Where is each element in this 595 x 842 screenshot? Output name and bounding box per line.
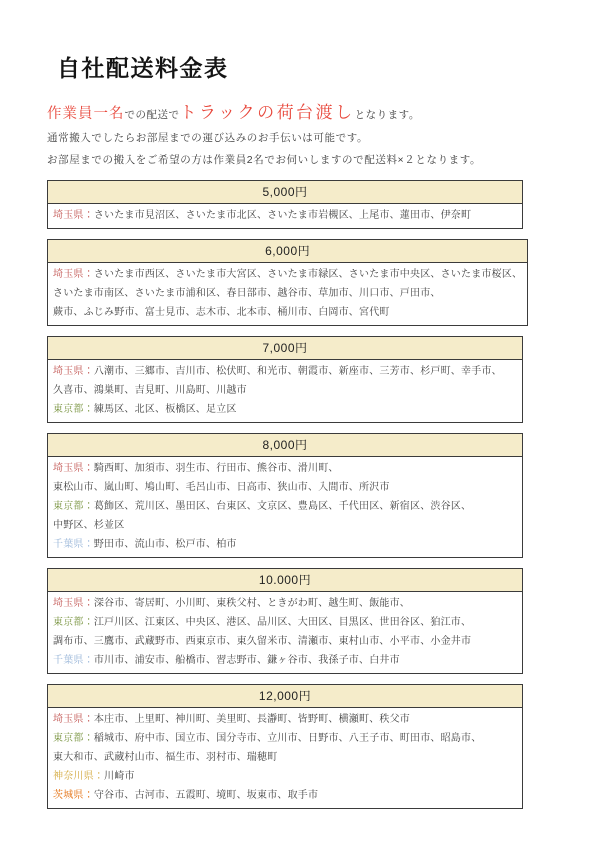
region-line: 埼玉県：本庄市、上里町、神川町、美里町、長瀞町、皆野町、横瀬町、秩父市	[53, 710, 517, 729]
price-header: 12,000円	[48, 685, 523, 708]
region-line: 千葉県：市川市、浦安市、船橋市、習志野市、鎌ヶ谷市、我孫子市、白井市	[53, 651, 517, 670]
region-line: 東京都：江戸川区、江東区、中央区、港区、品川区、大田区、目黒区、世田谷区、狛江市…	[53, 613, 517, 632]
price-table: 6,000円 埼玉県：さいたま市西区、さいたま市大宮区、さいたま市緑区、さいたま…	[47, 239, 528, 326]
prefecture-label: 埼玉県：	[53, 366, 94, 377]
region-line: 東大和市、武蔵村山市、福生市、羽村市、瑞穂町	[53, 748, 517, 767]
intro-line-3: お部屋までの搬入をご希望の方は作業員2名でお伺いしますので配送料×２となります。	[47, 152, 523, 167]
prefecture-label: 東京都：	[53, 404, 94, 415]
city-list-text: 深谷市、寄居町、小川町、東秩父村、ときがわ町、越生町、飯能市、	[94, 598, 410, 609]
intro-segment: となります。	[355, 109, 420, 121]
price-table: 5,000円 埼玉県：さいたま市見沼区、さいたま市北区、さいたま市岩槻区、上尾市…	[47, 180, 523, 229]
city-list-text: 野田市、流山市、松戸市、柏市	[94, 539, 237, 550]
page-title: 自社配送料金表	[57, 50, 523, 83]
prefecture-label: 神奈川県：	[53, 771, 104, 782]
city-list-text: 久喜市、鴻巣町、吉見町、川島町、川越市	[53, 385, 247, 396]
city-list-text: 本庄市、上里町、神川町、美里町、長瀞町、皆野町、横瀬町、秩父市	[94, 714, 410, 725]
prefecture-label: 千葉県：	[53, 655, 94, 666]
prefecture-label: 千葉県：	[53, 539, 94, 550]
intro-segment: トラックの荷台渡し	[180, 103, 355, 122]
intro-line-2: 通常搬入でしたらお部屋までの運び込みのお手伝いは可能です。	[47, 130, 523, 145]
city-list-text: 蕨市、ふじみ野市、富士見市、志木市、北本市、桶川市、白岡市、宮代町	[53, 307, 390, 318]
city-list-text: 練馬区、北区、板橋区、足立区	[94, 404, 237, 415]
document-page: 自社配送料金表 作業員一名での配送でトラックの荷台渡しとなります。 通常搬入でし…	[0, 0, 595, 842]
table-body: 埼玉県：深谷市、寄居町、小川町、東秩父村、ときがわ町、越生町、飯能市、東京都：江…	[48, 592, 523, 674]
intro-segment: 作業員一名	[47, 106, 125, 122]
city-list-text: 川崎市	[104, 771, 135, 782]
region-line: 埼玉県：八潮市、三郷市、吉川市、松伏町、和光市、朝霞市、新座市、三芳市、杉戸町、…	[53, 362, 517, 381]
prefecture-label: 東京都：	[53, 501, 94, 512]
region-line: 埼玉県：さいたま市見沼区、さいたま市北区、さいたま市岩槻区、上尾市、蓮田市、伊奈…	[53, 206, 517, 225]
region-line: さいたま市南区、さいたま市浦和区、春日部市、越谷市、草加市、川口市、戸田市、	[53, 284, 522, 303]
region-line: 埼玉県：深谷市、寄居町、小川町、東秩父村、ときがわ町、越生町、飯能市、	[53, 594, 517, 613]
city-list-text: 東大和市、武蔵村山市、福生市、羽村市、瑞穂町	[53, 752, 277, 763]
city-list-text: 市川市、浦安市、船橋市、習志野市、鎌ヶ谷市、我孫子市、白井市	[94, 655, 400, 666]
region-line: 中野区、杉並区	[53, 516, 517, 535]
region-line: 千葉県：野田市、流山市、松戸市、柏市	[53, 535, 517, 554]
prefecture-label: 東京都：	[53, 733, 94, 744]
region-line: 埼玉県：さいたま市西区、さいたま市大宮区、さいたま市緑区、さいたま市中央区、さい…	[53, 265, 522, 284]
region-line: 東京都：練馬区、北区、板橋区、足立区	[53, 400, 517, 419]
region-line: 調布市、三鷹市、武蔵野市、西東京市、東久留米市、清瀬市、東村山市、小平市、小金井…	[53, 632, 517, 651]
prefecture-label: 茨城県：	[53, 790, 94, 801]
price-header: 8,000円	[48, 434, 523, 457]
city-list-text: 騎西町、加須市、羽生市、行田市、熊谷市、滑川町、	[94, 463, 339, 474]
price-table: 10.000円 埼玉県：深谷市、寄居町、小川町、東秩父村、ときがわ町、越生町、飯…	[47, 568, 523, 674]
intro-line-1: 作業員一名での配送でトラックの荷台渡しとなります。	[47, 98, 523, 123]
city-list-text: さいたま市見沼区、さいたま市北区、さいたま市岩槻区、上尾市、蓮田市、伊奈町	[94, 210, 471, 221]
region-line: 埼玉県：騎西町、加須市、羽生市、行田市、熊谷市、滑川町、	[53, 459, 517, 478]
prefecture-label: 埼玉県：	[53, 269, 94, 280]
table-body: 埼玉県：八潮市、三郷市、吉川市、松伏町、和光市、朝霞市、新座市、三芳市、杉戸町、…	[48, 360, 523, 423]
prefecture-label: 東京都：	[53, 617, 94, 628]
table-body: 埼玉県：さいたま市見沼区、さいたま市北区、さいたま市岩槻区、上尾市、蓮田市、伊奈…	[48, 204, 523, 229]
region-line: 蕨市、ふじみ野市、富士見市、志木市、北本市、桶川市、白岡市、宮代町	[53, 303, 522, 322]
prefecture-label: 埼玉県：	[53, 463, 94, 474]
prefecture-label: 埼玉県：	[53, 714, 94, 725]
prefecture-label: 埼玉県：	[53, 210, 94, 221]
price-header: 7,000円	[48, 337, 523, 360]
price-header: 5,000円	[48, 181, 523, 204]
price-table: 7,000円 埼玉県：八潮市、三郷市、吉川市、松伏町、和光市、朝霞市、新座市、三…	[47, 336, 523, 423]
table-body: 埼玉県：本庄市、上里町、神川町、美里町、長瀞町、皆野町、横瀬町、秩父市東京都：稲…	[48, 708, 523, 809]
table-body: 埼玉県：さいたま市西区、さいたま市大宮区、さいたま市緑区、さいたま市中央区、さい…	[48, 263, 528, 326]
city-list-text: 中野区、杉並区	[53, 520, 124, 531]
intro-segment: での配送で	[125, 109, 180, 121]
intro-block: 作業員一名での配送でトラックの荷台渡しとなります。 通常搬入でしたらお部屋までの…	[47, 98, 523, 167]
price-table: 12,000円 埼玉県：本庄市、上里町、神川町、美里町、長瀞町、皆野町、横瀬町、…	[47, 684, 523, 809]
city-list-text: さいたま市南区、さいたま市浦和区、春日部市、越谷市、草加市、川口市、戸田市、	[53, 288, 441, 299]
city-list-text: 八潮市、三郷市、吉川市、松伏町、和光市、朝霞市、新座市、三芳市、杉戸町、幸手市、	[94, 366, 502, 377]
price-tables: 5,000円 埼玉県：さいたま市見沼区、さいたま市北区、さいたま市岩槻区、上尾市…	[47, 180, 523, 809]
table-body: 埼玉県：騎西町、加須市、羽生市、行田市、熊谷市、滑川町、東松山市、嵐山町、鳩山町…	[48, 457, 523, 558]
region-line: 神奈川県：川崎市	[53, 767, 517, 786]
region-line: 東京都：稲城市、府中市、国立市、国分寺市、立川市、日野市、八王子市、町田市、昭島…	[53, 729, 517, 748]
city-list-text: 江戸川区、江東区、中央区、港区、品川区、大田区、目黒区、世田谷区、狛江市、	[94, 617, 471, 628]
price-header: 10.000円	[48, 569, 523, 592]
region-line: 東松山市、嵐山町、鳩山町、毛呂山市、日高市、狭山市、入間市、所沢市	[53, 478, 517, 497]
city-list-text: 守谷市、古河市、五霞町、境町、坂東市、取手市	[94, 790, 318, 801]
price-table: 8,000円 埼玉県：騎西町、加須市、羽生市、行田市、熊谷市、滑川町、東松山市、…	[47, 433, 523, 558]
city-list-text: 調布市、三鷹市、武蔵野市、西東京市、東久留米市、清瀬市、東村山市、小平市、小金井…	[53, 636, 471, 647]
region-line: 久喜市、鴻巣町、吉見町、川島町、川越市	[53, 381, 517, 400]
city-list-text: 稲城市、府中市、国立市、国分寺市、立川市、日野市、八王子市、町田市、昭島市、	[94, 733, 482, 744]
region-line: 東京都：葛飾区、荒川区、墨田区、台東区、文京区、豊島区、千代田区、新宿区、渋谷区…	[53, 497, 517, 516]
city-list-text: 葛飾区、荒川区、墨田区、台東区、文京区、豊島区、千代田区、新宿区、渋谷区、	[94, 501, 471, 512]
price-header: 6,000円	[48, 240, 528, 263]
city-list-text: さいたま市西区、さいたま市大宮区、さいたま市緑区、さいたま市中央区、さいたま市桜…	[94, 269, 522, 280]
city-list-text: 東松山市、嵐山町、鳩山町、毛呂山市、日高市、狭山市、入間市、所沢市	[53, 482, 390, 493]
prefecture-label: 埼玉県：	[53, 598, 94, 609]
region-line: 茨城県：守谷市、古河市、五霞町、境町、坂東市、取手市	[53, 786, 517, 805]
